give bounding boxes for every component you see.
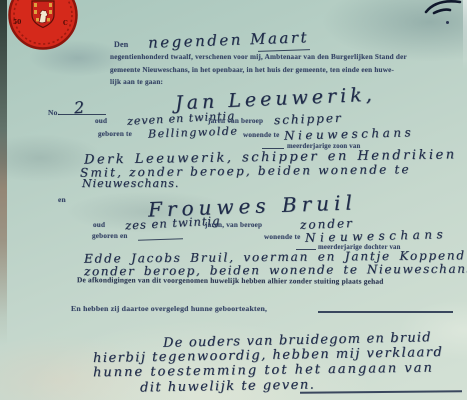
act-number-line	[58, 114, 106, 115]
date-flourish-line	[258, 49, 310, 52]
groom-parents-line-3: Nieuweschans.	[82, 177, 179, 190]
bride-jaren-label: jaren, van beroep	[205, 221, 262, 229]
groom-profession: schipper	[274, 111, 343, 127]
bride-geboren-label: geboren en	[92, 232, 128, 240]
bride-oud-label: oud	[93, 221, 105, 229]
municipal-seal-icon	[6, 0, 80, 52]
groom-birthplace: Bellingwolde	[148, 124, 239, 140]
documents-blank-line	[318, 311, 453, 313]
seal-denomination-left: 50	[13, 19, 21, 26]
header-line-3: gemeente Nieuweschans, in het openbaar, …	[110, 66, 394, 74]
groom-geboren-label: geboren te	[98, 130, 132, 138]
banns-statement: De afkondigingen van dit voorgenomen huw…	[77, 275, 384, 286]
consent-blank-line	[300, 390, 462, 393]
seal-denomination-right: C	[63, 20, 68, 27]
date-handwritten: negenden Maart	[148, 28, 310, 52]
documents-statement: En hebben zij daartoe overgelegd hunne g…	[71, 304, 267, 313]
groom-wonende-label: wonende te	[243, 131, 280, 139]
conjunction-en: en	[58, 195, 66, 204]
scanned-marriage-certificate: 50 C Den negenden Maart negentienhonderd…	[0, 0, 467, 400]
bride-wonende-label: wonende te	[264, 233, 301, 241]
groom-residence: Nieuweschans	[284, 125, 415, 142]
bride-geboren-dash	[138, 238, 183, 241]
corner-ink-mark	[420, 0, 466, 18]
header-line-2: negentienhonderd twaalf, verschenen voor…	[110, 53, 407, 61]
consent-line-4: dit huwelijk te geven.	[140, 377, 316, 395]
act-number-label: No.	[48, 108, 60, 117]
ink-dot	[446, 21, 449, 24]
groom-oud-label: oud	[95, 117, 107, 125]
bride-residence: Nieuweschans	[305, 227, 448, 245]
header-line-4: lijk aan te gaan:	[110, 78, 163, 86]
header-prefix: Den	[114, 40, 128, 49]
